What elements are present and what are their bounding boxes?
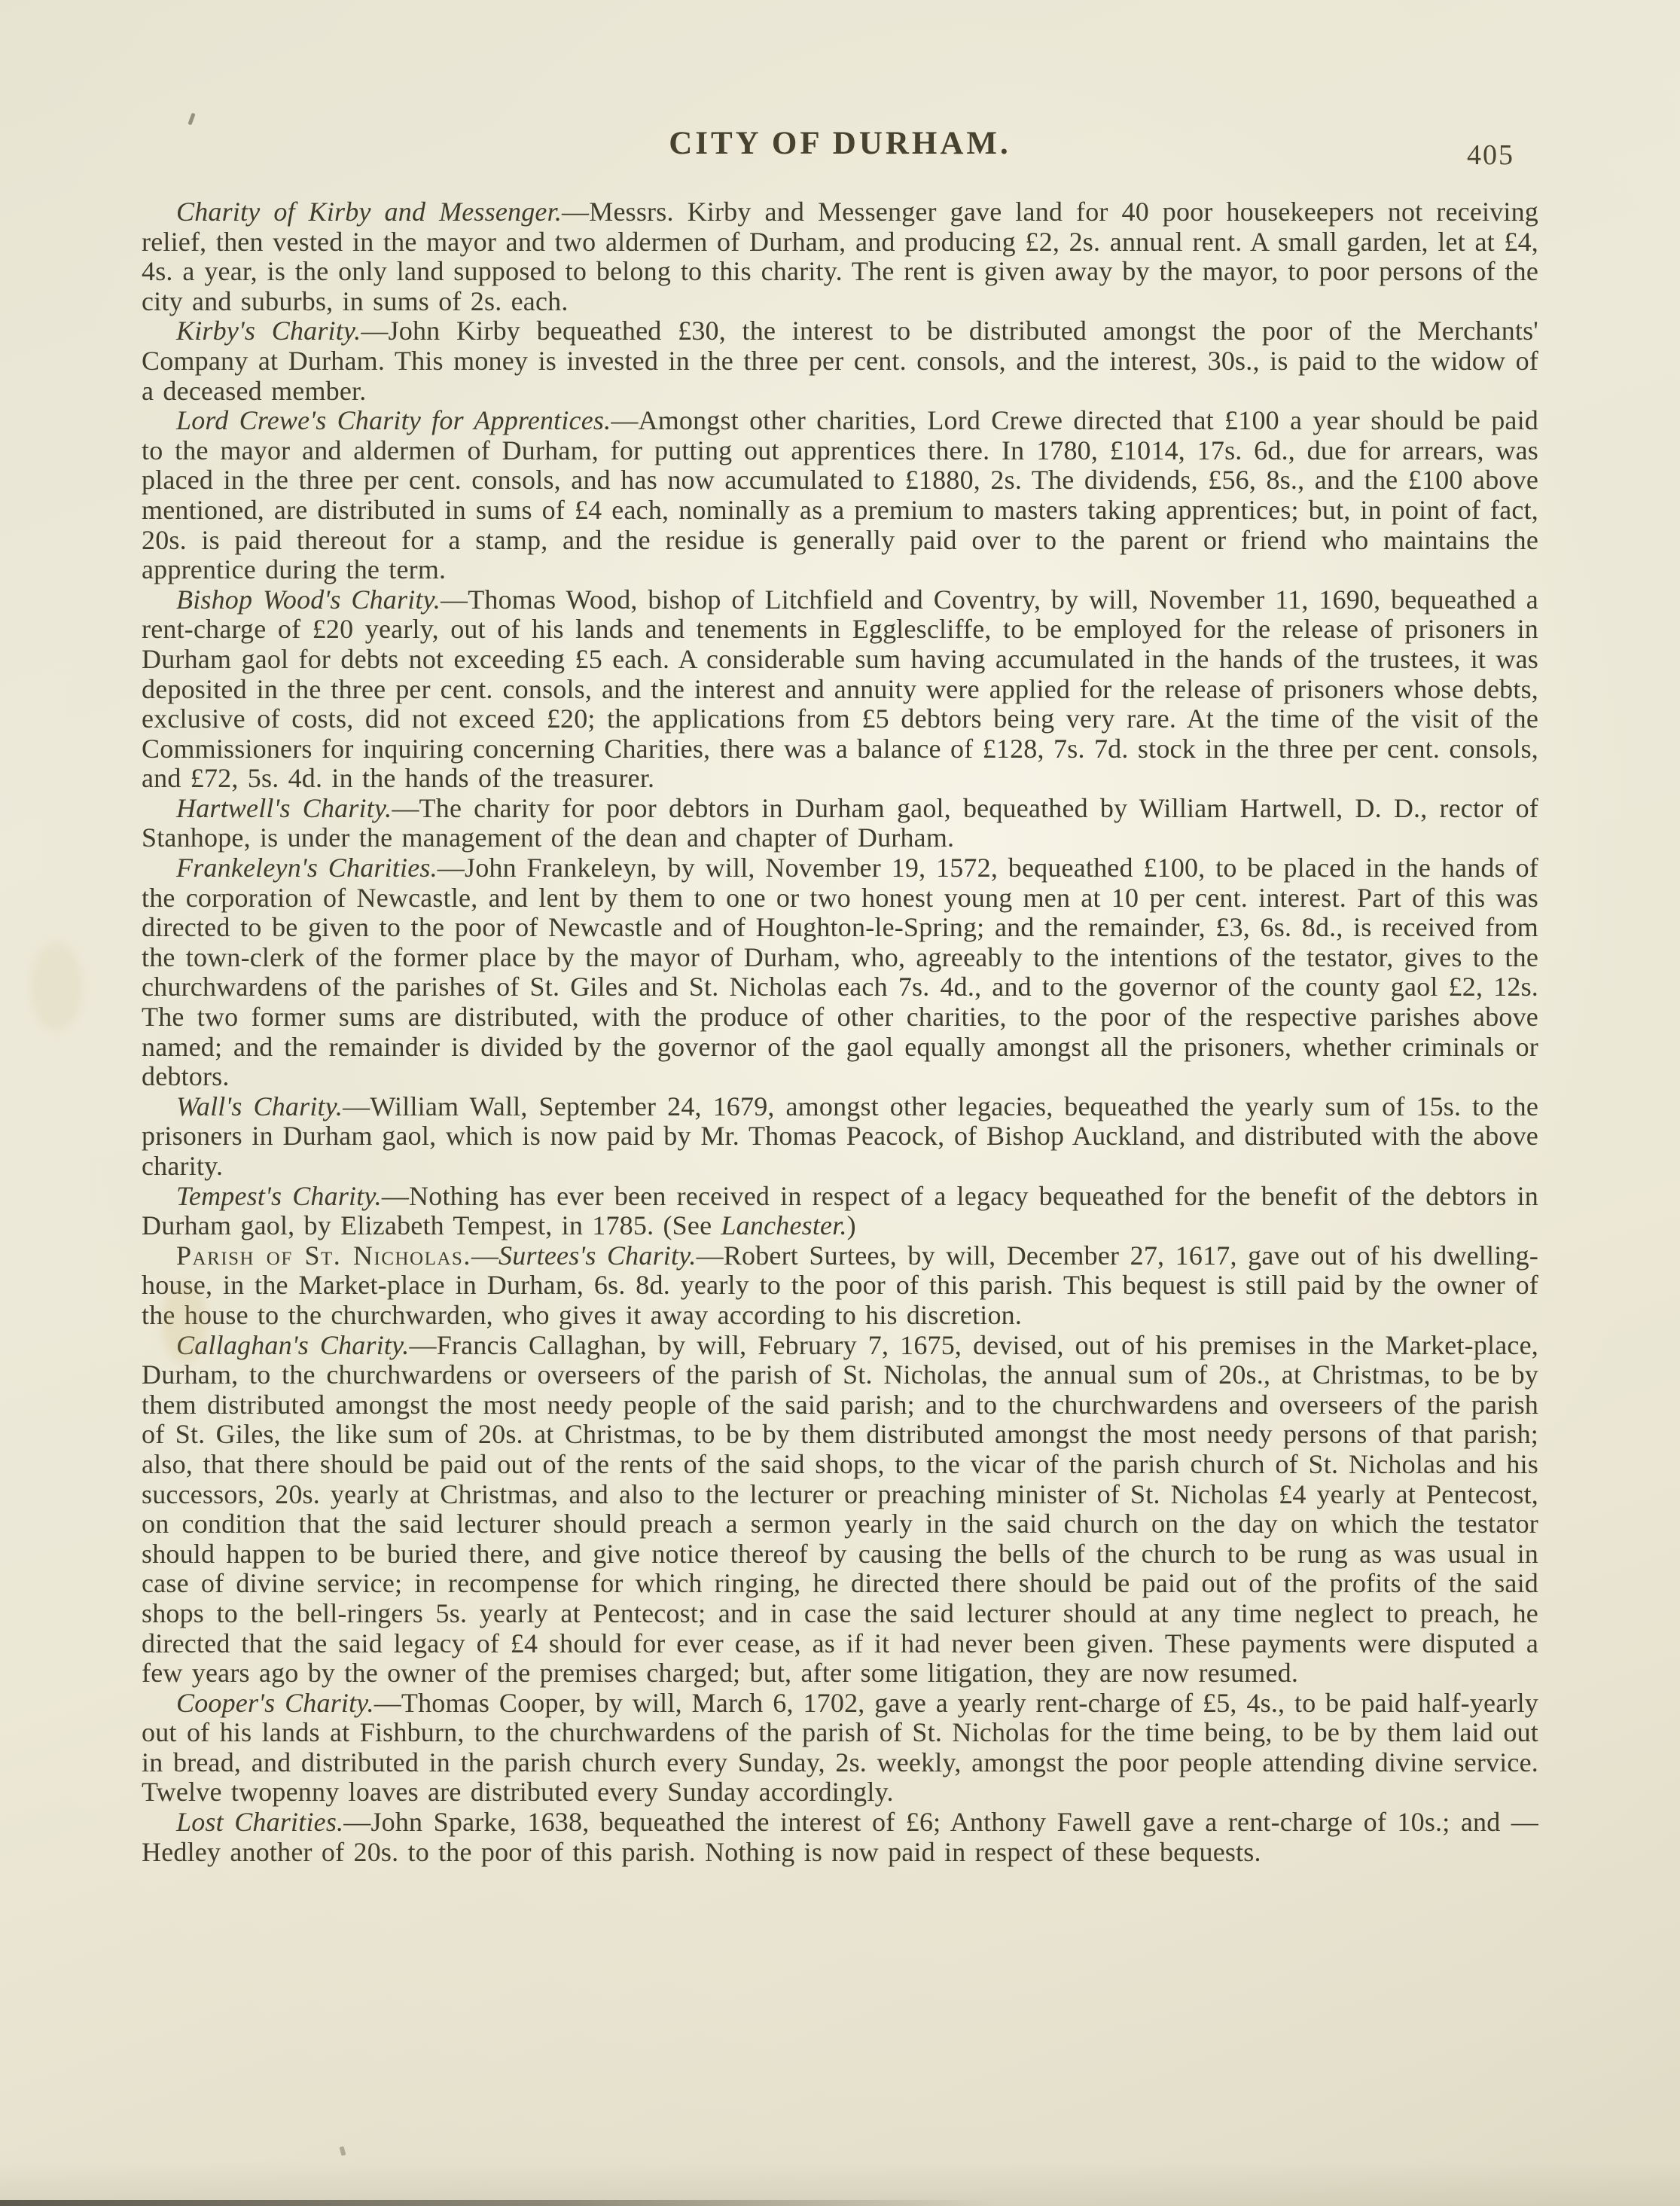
- paper-stain: [162, 1280, 207, 1363]
- paragraph: Frankeleyn's Charities.—John Frankeleyn,…: [142, 853, 1538, 1092]
- paragraph: Callaghan's Charity.—Francis Callaghan, …: [142, 1331, 1538, 1689]
- paragraph-text: —Francis Callaghan, by will, February 7,…: [142, 1330, 1538, 1689]
- charity-title: Frankeleyn's Charities.: [176, 853, 438, 883]
- paragraph-text: ): [847, 1210, 856, 1240]
- scan-edge-shadow: [0, 2200, 994, 2206]
- paragraph-text: —John Sparke, 1638, bequeathed the inter…: [142, 1807, 1538, 1867]
- charity-title: Cooper's Charity.: [176, 1688, 374, 1718]
- paragraph: Tempest's Charity.—Nothing has ever been…: [142, 1182, 1538, 1241]
- paragraph: Lost Charities.—John Sparke, 1638, beque…: [142, 1808, 1538, 1867]
- paragraph-text: —Thomas Wood, bishop of Litchfield and C…: [142, 584, 1538, 794]
- paragraph: Kirby's Charity.—John Kirby bequeathed £…: [142, 316, 1538, 406]
- page-header: CITY OF DURHAM. 405: [142, 119, 1538, 172]
- paragraph: Cooper's Charity.—Thomas Cooper, by will…: [142, 1689, 1538, 1808]
- paragraph-text: —William Wall, September 24, 1679, among…: [142, 1091, 1538, 1181]
- charity-title: Hartwell's Charity.: [176, 793, 392, 823]
- parish-heading: Parish of St. Nicholas.: [176, 1240, 471, 1271]
- charity-title: Kirby's Charity.: [176, 316, 361, 346]
- paper-stain: [30, 941, 83, 1032]
- scan-bottom-haze: [0, 2161, 1680, 2206]
- charity-title: Lanchester.: [721, 1210, 846, 1240]
- charity-title: Surtees's Charity.: [499, 1240, 697, 1271]
- charity-title: Wall's Charity.: [176, 1091, 343, 1121]
- text-block: Charity of Kirby and Messenger.—Messrs. …: [142, 197, 1538, 1867]
- page-title: CITY OF DURHAM.: [142, 125, 1538, 162]
- charity-title: Charity of Kirby and Messenger.: [176, 197, 562, 227]
- ink-speck: [340, 2146, 346, 2156]
- paragraph: Lord Crewe's Charity for Apprentices.—Am…: [142, 406, 1538, 585]
- paragraph: Wall's Charity.—William Wall, September …: [142, 1092, 1538, 1182]
- charity-title: Callaghan's Charity.: [176, 1330, 410, 1360]
- paragraph: Bishop Wood's Charity.—Thomas Wood, bish…: [142, 585, 1538, 794]
- book-page-scan: CITY OF DURHAM. 405 Charity of Kirby and…: [0, 0, 1680, 2206]
- paragraph-text: —John Frankeleyn, by will, November 19, …: [142, 853, 1538, 1091]
- paragraph-text: —: [471, 1240, 499, 1271]
- charity-title: Tempest's Charity.: [176, 1181, 382, 1211]
- charity-title: Lord Crewe's Charity for Apprentices.: [176, 405, 611, 435]
- paragraph: Hartwell's Charity.—The charity for poor…: [142, 794, 1538, 853]
- charity-title: Bishop Wood's Charity.: [176, 584, 441, 615]
- paragraph: Parish of St. Nicholas.—Surtees's Charit…: [142, 1241, 1538, 1331]
- paragraph: Charity of Kirby and Messenger.—Messrs. …: [142, 197, 1538, 316]
- charity-title: Lost Charities.: [176, 1807, 343, 1837]
- page-number: 405: [1467, 139, 1514, 172]
